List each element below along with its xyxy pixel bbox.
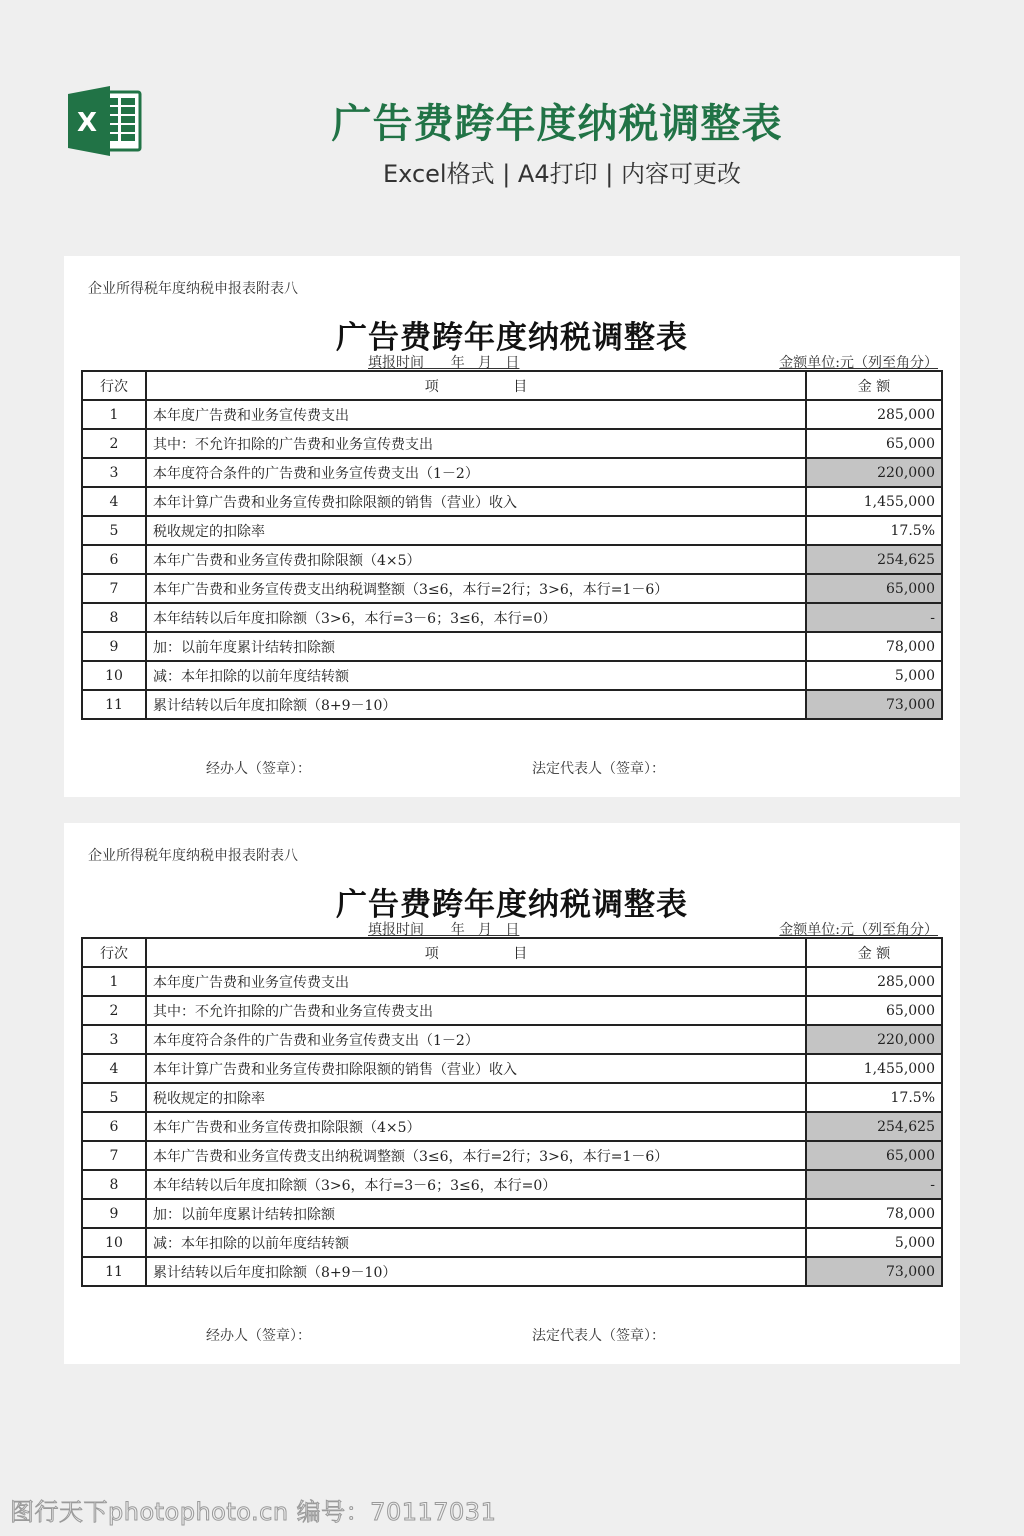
table-row: 10减：本年扣除的以前年度结转额5,000 xyxy=(82,661,942,690)
table-row: 1本年度广告费和业务宣传费支出285,000 xyxy=(82,400,942,429)
header-item: 项 目 xyxy=(146,371,806,400)
row-number: 8 xyxy=(82,1170,146,1199)
table-row: 8本年结转以后年度扣除额（3>6，本行=3－6；3≤6，本行=0）- xyxy=(82,603,942,632)
row-amount: 220,000 xyxy=(806,458,942,487)
table-row: 2其中：不允许扣除的广告费和业务宣传费支出65,000 xyxy=(82,429,942,458)
row-amount: 65,000 xyxy=(806,1141,942,1170)
amount-unit-note: 金额单位:元（列至角分） xyxy=(779,919,938,939)
table-row: 7本年广告费和业务宣传费支出纳税调整额（3≤6，本行=2行；3>6，本行=1－6… xyxy=(82,574,942,603)
row-number: 1 xyxy=(82,400,146,429)
table-row: 3本年度符合条件的广告费和业务宣传费支出（1－2）220,000 xyxy=(82,458,942,487)
row-number: 9 xyxy=(82,632,146,661)
row-number: 6 xyxy=(82,545,146,574)
row-number: 4 xyxy=(82,1054,146,1083)
row-amount: 17.5% xyxy=(806,516,942,545)
header-row-no: 行次 xyxy=(82,938,146,967)
row-number: 5 xyxy=(82,1083,146,1112)
table-row: 8本年结转以后年度扣除额（3>6，本行=3－6；3≤6，本行=0）- xyxy=(82,1170,942,1199)
row-amount: 73,000 xyxy=(806,1257,942,1286)
table-row: 5税收规定的扣除率17.5% xyxy=(82,516,942,545)
adjustment-table: 行次 项 目 金 额 1本年度广告费和业务宣传费支出285,0002其中：不允许… xyxy=(81,937,943,1287)
row-number: 3 xyxy=(82,1025,146,1054)
table-row: 9加：以前年度累计结转扣除额78,000 xyxy=(82,1199,942,1228)
row-amount: 254,625 xyxy=(806,1112,942,1141)
row-number: 10 xyxy=(82,661,146,690)
row-amount: 17.5% xyxy=(806,1083,942,1112)
row-number: 7 xyxy=(82,574,146,603)
header-item: 项 目 xyxy=(146,938,806,967)
row-amount: 254,625 xyxy=(806,545,942,574)
row-amount: 220,000 xyxy=(806,1025,942,1054)
table-row: 4本年计算广告费和业务宣传费扣除限额的销售（营业）收入1,455,000 xyxy=(82,1054,942,1083)
table-header-row: 行次 项 目 金 额 xyxy=(82,371,942,400)
table-body: 1本年度广告费和业务宣传费支出285,0002其中：不允许扣除的广告费和业务宣传… xyxy=(82,400,942,719)
header-row-no: 行次 xyxy=(82,371,146,400)
row-item: 减：本年扣除的以前年度结转额 xyxy=(146,661,806,690)
row-item: 本年广告费和业务宣传费扣除限额（4×5） xyxy=(146,545,806,574)
header-amount: 金 额 xyxy=(806,938,942,967)
row-amount: 73,000 xyxy=(806,690,942,719)
appendix-label: 企业所得税年度纳税申报表附表八 xyxy=(88,845,298,865)
row-item: 本年广告费和业务宣传费支出纳税调整额（3≤6，本行=2行；3>6，本行=1－6） xyxy=(146,574,806,603)
row-amount: 1,455,000 xyxy=(806,487,942,516)
adjustment-table: 行次 项 目 金 额 1本年度广告费和业务宣传费支出285,0002其中：不允许… xyxy=(81,370,943,720)
hero-title: 广告费跨年度纳税调整表 xyxy=(0,92,1024,149)
row-number: 11 xyxy=(82,690,146,719)
document-preview-2: 企业所得税年度纳税申报表附表八 广告费跨年度纳税调整表 填报时间 年 月 日 金… xyxy=(64,823,960,1364)
row-item: 本年度符合条件的广告费和业务宣传费支出（1－2） xyxy=(146,458,806,487)
table-row: 6本年广告费和业务宣传费扣除限额（4×5）254,625 xyxy=(82,1112,942,1141)
fill-date: 填报时间 年 月 日 xyxy=(368,352,519,372)
table-row: 2其中：不允许扣除的广告费和业务宣传费支出65,000 xyxy=(82,996,942,1025)
row-item: 减：本年扣除的以前年度结转额 xyxy=(146,1228,806,1257)
row-amount: 78,000 xyxy=(806,632,942,661)
row-item: 本年广告费和业务宣传费支出纳税调整额（3≤6，本行=2行；3>6，本行=1－6） xyxy=(146,1141,806,1170)
row-item: 本年计算广告费和业务宣传费扣除限额的销售（营业）收入 xyxy=(146,1054,806,1083)
row-item: 本年度广告费和业务宣传费支出 xyxy=(146,967,806,996)
document-title: 广告费跨年度纳税调整表 xyxy=(64,312,960,357)
row-item: 其中：不允许扣除的广告费和业务宣传费支出 xyxy=(146,429,806,458)
row-number: 2 xyxy=(82,429,146,458)
row-number: 1 xyxy=(82,967,146,996)
row-number: 2 xyxy=(82,996,146,1025)
row-amount: - xyxy=(806,1170,942,1199)
row-amount: 65,000 xyxy=(806,996,942,1025)
row-amount: 65,000 xyxy=(806,574,942,603)
table-row: 11累计结转以后年度扣除额（8+9－10）73,000 xyxy=(82,690,942,719)
document-preview-1: 企业所得税年度纳税申报表附表八 广告费跨年度纳税调整表 填报时间 年 月 日 金… xyxy=(64,256,960,797)
row-amount: 78,000 xyxy=(806,1199,942,1228)
watermark: 图行天下photophoto.cn 编号：70117031 xyxy=(10,1492,496,1527)
row-item: 累计结转以后年度扣除额（8+9－10） xyxy=(146,1257,806,1286)
row-number: 4 xyxy=(82,487,146,516)
row-item: 税收规定的扣除率 xyxy=(146,1083,806,1112)
row-item: 加：以前年度累计结转扣除额 xyxy=(146,1199,806,1228)
row-item: 其中：不允许扣除的广告费和业务宣传费支出 xyxy=(146,996,806,1025)
legal-rep-signature: 法定代表人（签章）： xyxy=(532,1325,665,1345)
table-row: 6本年广告费和业务宣传费扣除限额（4×5）254,625 xyxy=(82,545,942,574)
appendix-label: 企业所得税年度纳税申报表附表八 xyxy=(88,278,298,298)
table-row: 4本年计算广告费和业务宣传费扣除限额的销售（营业）收入1,455,000 xyxy=(82,487,942,516)
row-number: 8 xyxy=(82,603,146,632)
row-item: 本年结转以后年度扣除额（3>6，本行=3－6；3≤6，本行=0） xyxy=(146,603,806,632)
handler-signature: 经办人（签章）： xyxy=(206,1325,311,1345)
row-number: 3 xyxy=(82,458,146,487)
row-item: 税收规定的扣除率 xyxy=(146,516,806,545)
row-item: 本年结转以后年度扣除额（3>6，本行=3－6；3≤6，本行=0） xyxy=(146,1170,806,1199)
fill-date: 填报时间 年 月 日 xyxy=(368,919,519,939)
row-amount: 65,000 xyxy=(806,429,942,458)
row-item: 本年计算广告费和业务宣传费扣除限额的销售（营业）收入 xyxy=(146,487,806,516)
document-title: 广告费跨年度纳税调整表 xyxy=(64,879,960,924)
table-row: 3本年度符合条件的广告费和业务宣传费支出（1－2）220,000 xyxy=(82,1025,942,1054)
row-item: 累计结转以后年度扣除额（8+9－10） xyxy=(146,690,806,719)
row-number: 10 xyxy=(82,1228,146,1257)
table-row: 9加：以前年度累计结转扣除额78,000 xyxy=(82,632,942,661)
row-amount: - xyxy=(806,603,942,632)
table-body: 1本年度广告费和业务宣传费支出285,0002其中：不允许扣除的广告费和业务宣传… xyxy=(82,967,942,1286)
table-row: 10减：本年扣除的以前年度结转额5,000 xyxy=(82,1228,942,1257)
row-amount: 285,000 xyxy=(806,967,942,996)
row-item: 本年度符合条件的广告费和业务宣传费支出（1－2） xyxy=(146,1025,806,1054)
handler-signature: 经办人（签章）： xyxy=(206,758,311,778)
row-amount: 1,455,000 xyxy=(806,1054,942,1083)
table-row: 7本年广告费和业务宣传费支出纳税调整额（3≤6，本行=2行；3>6，本行=1－6… xyxy=(82,1141,942,1170)
row-number: 6 xyxy=(82,1112,146,1141)
row-item: 加：以前年度累计结转扣除额 xyxy=(146,632,806,661)
row-item: 本年广告费和业务宣传费扣除限额（4×5） xyxy=(146,1112,806,1141)
row-amount: 285,000 xyxy=(806,400,942,429)
row-item: 本年度广告费和业务宣传费支出 xyxy=(146,400,806,429)
row-number: 9 xyxy=(82,1199,146,1228)
table-row: 11累计结转以后年度扣除额（8+9－10）73,000 xyxy=(82,1257,942,1286)
row-amount: 5,000 xyxy=(806,1228,942,1257)
table-row: 5税收规定的扣除率17.5% xyxy=(82,1083,942,1112)
row-number: 5 xyxy=(82,516,146,545)
amount-unit-note: 金额单位:元（列至角分） xyxy=(779,352,938,372)
legal-rep-signature: 法定代表人（签章）： xyxy=(532,758,665,778)
row-amount: 5,000 xyxy=(806,661,942,690)
row-number: 11 xyxy=(82,1257,146,1286)
header-amount: 金 额 xyxy=(806,371,942,400)
table-header-row: 行次 项 目 金 额 xyxy=(82,938,942,967)
hero-subtitle: Excel格式 | A4打印 | 内容可更改 xyxy=(0,154,1024,189)
row-number: 7 xyxy=(82,1141,146,1170)
table-row: 1本年度广告费和业务宣传费支出285,000 xyxy=(82,967,942,996)
